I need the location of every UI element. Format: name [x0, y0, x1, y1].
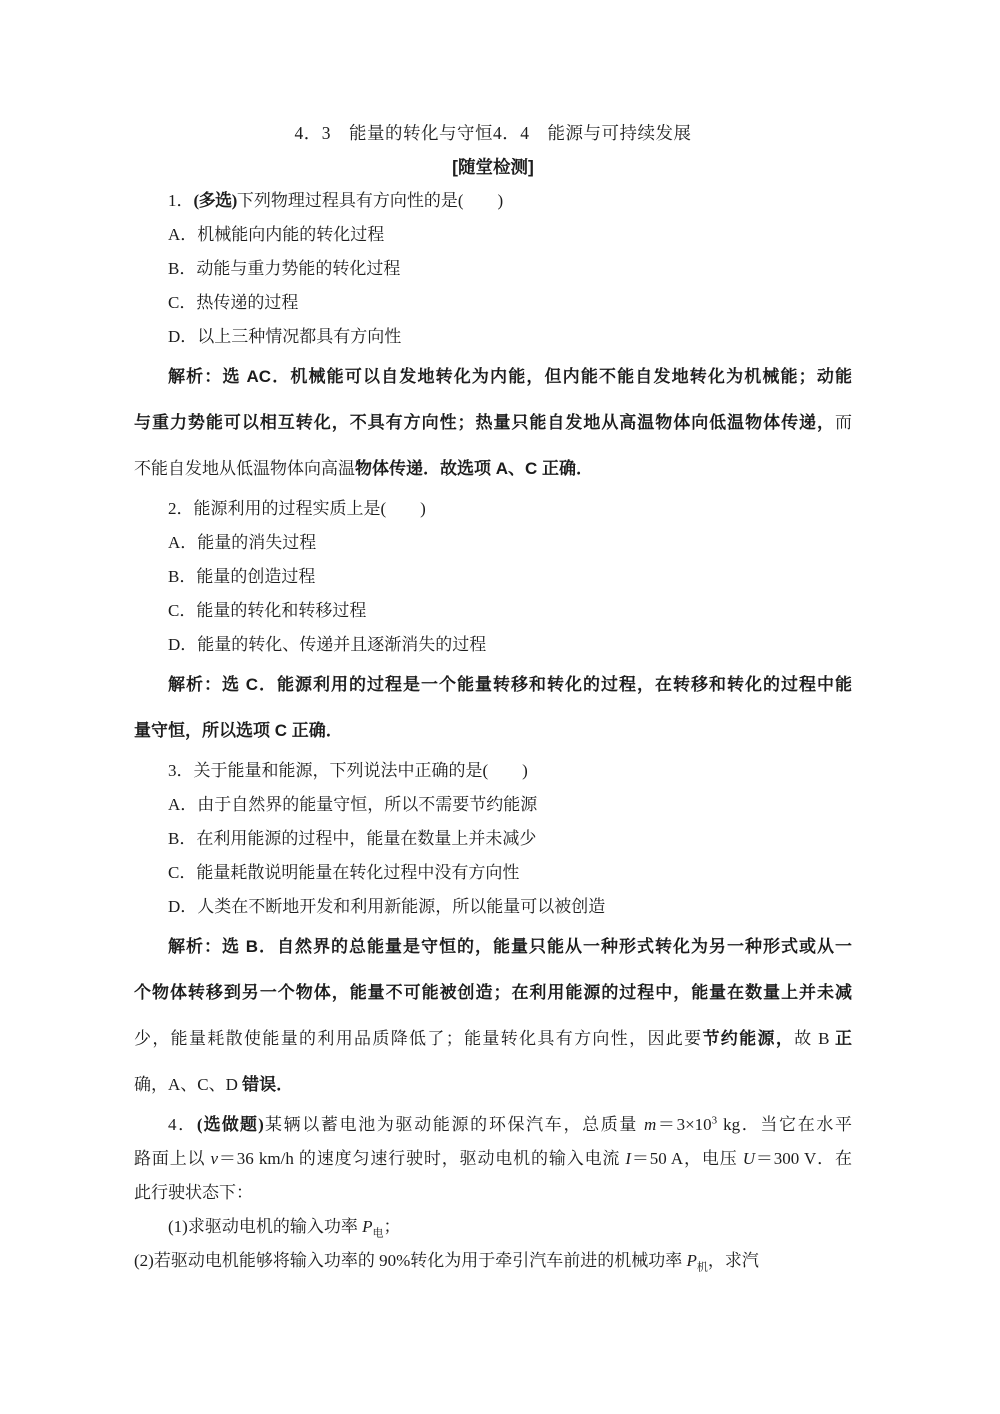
q3-analysis-line-3: 少，能量耗散使能量的利用品质降低了；能量转化具有方向性，因此要节约能源，故 B …	[134, 1016, 852, 1062]
q1-analysis-line-2: 与重力势能可以相互转化，不具有方向性；热量只能自发地从高温物体向低温物体传递，而	[134, 400, 852, 446]
q1-stem-seg-0: 1．	[168, 191, 194, 210]
section-header-seg-0: [随堂检测]	[452, 157, 534, 177]
q1-option-d-seg-0: D．以上三种情况都具有方向性	[168, 327, 401, 346]
q3-analysis-line-2: 个物体转移到另一个物体，能量不可能被创造；在利用能源的过程中，能量在数量上并未减	[134, 970, 852, 1016]
q2-option-a-seg-0: A．能量的消失过程	[168, 533, 316, 552]
document-body: 4．3 能量的转化与守恒4．4 能源与可持续发展[随堂检测]1．(多选)下列物理…	[134, 116, 852, 1278]
q4-part-1-seg-3: ；	[383, 1217, 400, 1236]
q2-option-b-seg-0: B．能量的创造过程	[168, 567, 315, 586]
q1-stem-seg-2: 下列物理过程具有方向性的是( )	[237, 191, 503, 210]
q4-part-1-seg-1: P	[362, 1217, 372, 1236]
q4-stem-line-2-seg-4: ＝50 A，电压	[631, 1149, 743, 1168]
q3-option-b: B．在利用能源的过程中，能量在数量上并未减少	[134, 822, 852, 856]
q4-stem-line-2-seg-0: 路面上以	[134, 1149, 211, 1168]
q3-option-c-seg-0: C．能量耗散说明能量在转化过程中没有方向性	[168, 863, 519, 882]
q3-analysis-line-1: 解析：选 B．自然界的总能量是守恒的，能量只能从一种形式转化为另一种形式或从一	[134, 924, 852, 970]
q4-part-2-seg-0: (2)若驱动电机能够将输入功率的 90%转化为用于牵引汽车前进的机械功率	[134, 1251, 686, 1270]
q3-analysis-line-4-seg-0: 确，A、C、D	[134, 1075, 242, 1094]
q3-option-d: D．人类在不断地开发和利用新能源，所以能量可以被创造	[134, 890, 852, 924]
q1-option-b: B．动能与重力势能的转化过程	[134, 252, 852, 286]
q1-analysis-line-1-seg-0: 解析：选 AC．机械能可以自发地转化为内能，但内能不能自发地转化为机械能；动能	[168, 367, 852, 386]
q4-stem-line-2-seg-2: ＝36 km/h 的速度匀速行驶时，驱动电机的输入电流	[218, 1149, 625, 1168]
q1-stem: 1．(多选)下列物理过程具有方向性的是( )	[134, 184, 852, 218]
q2-analysis-line-1: 解析：选 C．能源利用的过程是一个能量转移和转化的过程，在转移和转化的过程中能	[134, 662, 852, 708]
q2-stem-seg-0: 2．能源利用的过程实质上是( )	[168, 499, 426, 518]
q3-analysis-line-2-seg-0: 个物体转移到另一个物体，能量不可能被创造；在利用能源的过程中，能量在数量上并未减	[134, 983, 852, 1002]
q4-stem-line-1-seg-1: (选做题)	[197, 1115, 263, 1134]
q4-stem-line-3: 此行驶状态下：	[134, 1176, 852, 1210]
q1-option-d: D．以上三种情况都具有方向性	[134, 320, 852, 354]
q3-analysis-line-4-seg-1: 错误．	[242, 1075, 293, 1094]
q1-analysis-line-2-seg-0: 与重力势能可以相互转化，不具有方向性；热量只能自发地从高温物体向低温物体传递，	[134, 413, 835, 432]
q4-stem-line-1-seg-6: kg．当它在水平	[717, 1115, 852, 1134]
q1-option-b-seg-0: B．动能与重力势能的转化过程	[168, 259, 400, 278]
q2-option-a: A．能量的消失过程	[134, 526, 852, 560]
q1-option-c: C．热传递的过程	[134, 286, 852, 320]
q4-stem-line-3-seg-0: 此行驶状态下：	[134, 1183, 253, 1202]
q4-part-1-seg-0: (1)求驱动电机的输入功率	[168, 1217, 362, 1236]
q2-analysis-line-2-seg-0: 量守恒，所以选项 C 正确．	[134, 721, 343, 740]
doc-title: 4．3 能量的转化与守恒4．4 能源与可持续发展	[134, 116, 852, 150]
q4-stem-line-1-seg-0: 4．	[168, 1115, 197, 1134]
q1-option-c-seg-0: C．热传递的过程	[168, 293, 298, 312]
q4-stem-line-2-seg-5: U	[743, 1149, 755, 1168]
q3-analysis-line-3-seg-2: 故 B	[794, 1029, 835, 1048]
q2-option-d: D．能量的转化、传递并且逐渐消失的过程	[134, 628, 852, 662]
q2-analysis-line-1-seg-0: 解析：选 C．能源利用的过程是一个能量转移和转化的过程，在转移和转化的过程中能	[168, 675, 852, 694]
q2-analysis-line-2: 量守恒，所以选项 C 正确．	[134, 708, 852, 754]
q1-option-a-seg-0: A．机械能向内能的转化过程	[168, 225, 384, 244]
section-header: [随堂检测]	[134, 150, 852, 184]
q1-analysis-line-1: 解析：选 AC．机械能可以自发地转化为内能，但内能不能自发地转化为机械能；动能	[134, 354, 852, 400]
q3-analysis-line-4: 确，A、C、D 错误．	[134, 1062, 852, 1108]
q2-option-c-seg-0: C．能量的转化和转移过程	[168, 601, 366, 620]
q2-option-b: B．能量的创造过程	[134, 560, 852, 594]
q2-option-d-seg-0: D．能量的转化、传递并且逐渐消失的过程	[168, 635, 486, 654]
q4-stem-line-2: 路面上以 v＝36 km/h 的速度匀速行驶时，驱动电机的输入电流 I＝50 A…	[134, 1142, 852, 1176]
q3-analysis-line-1-seg-0: 解析：选 B．自然界的总能量是守恒的，能量只能从一种形式转化为另一种形式或从一	[168, 937, 852, 956]
q4-stem-line-1-seg-4: ＝3×10	[656, 1115, 711, 1134]
q1-analysis-line-3-seg-1: 物体传递．故选项 A、C 正确．	[355, 459, 593, 478]
q3-analysis-line-3-seg-3: 正	[835, 1029, 852, 1048]
q4-stem-line-2-seg-1: v	[211, 1149, 219, 1168]
q4-part-2-seg-2: 机	[697, 1261, 708, 1273]
q3-option-b-seg-0: B．在利用能源的过程中，能量在数量上并未减少	[168, 829, 536, 848]
q4-part-1: (1)求驱动电机的输入功率 P电；	[134, 1210, 852, 1244]
q4-stem-line-1-seg-2: 某辆以蓄电池为驱动能源的环保汽车，总质量	[263, 1115, 644, 1134]
q3-analysis-line-3-seg-1: 节约能源，	[702, 1029, 794, 1048]
q3-analysis-line-3-seg-0: 少，能量耗散使能量的利用品质降低了；能量转化具有方向性，因此要	[134, 1029, 702, 1048]
q3-option-d-seg-0: D．人类在不断地开发和利用新能源，所以能量可以被创造	[168, 897, 605, 916]
q1-analysis-line-2-seg-1: 而	[835, 413, 852, 432]
q1-stem-seg-1: (多选)	[194, 191, 237, 210]
q3-option-a: A．由于自然界的能量守恒，所以不需要节约能源	[134, 788, 852, 822]
q2-option-c: C．能量的转化和转移过程	[134, 594, 852, 628]
q1-analysis-line-3-seg-0: 不能自发地从低温物体向高温	[134, 459, 355, 478]
q4-stem-line-2-seg-6: ＝300 V．在	[755, 1149, 852, 1168]
q4-part-2: (2)若驱动电机能够将输入功率的 90%转化为用于牵引汽车前进的机械功率 P机，…	[134, 1244, 852, 1278]
q4-part-1-seg-2: 电	[372, 1227, 383, 1239]
q3-option-a-seg-0: A．由于自然界的能量守恒，所以不需要节约能源	[168, 795, 537, 814]
q4-stem-line-1-seg-3: m	[644, 1115, 656, 1134]
q3-stem-seg-0: 3．关于能量和能源，下列说法中正确的是( )	[168, 761, 528, 780]
q2-stem: 2．能源利用的过程实质上是( )	[134, 492, 852, 526]
q4-part-2-seg-1: P	[686, 1251, 696, 1270]
q3-stem: 3．关于能量和能源，下列说法中正确的是( )	[134, 754, 852, 788]
doc-title-seg-0: 4．3 能量的转化与守恒4．4 能源与可持续发展	[295, 123, 692, 143]
page: { "document": { "title": "4．3 能量的转化与守恒4．…	[0, 0, 1000, 1414]
q1-option-a: A．机械能向内能的转化过程	[134, 218, 852, 252]
q4-stem-line-1: 4．(选做题)某辆以蓄电池为驱动能源的环保汽车，总质量 m＝3×103 kg．当…	[134, 1108, 852, 1142]
q1-analysis-line-3: 不能自发地从低温物体向高温物体传递．故选项 A、C 正确．	[134, 446, 852, 492]
q4-part-2-seg-3: ，求汽	[708, 1251, 759, 1270]
q3-option-c: C．能量耗散说明能量在转化过程中没有方向性	[134, 856, 852, 890]
